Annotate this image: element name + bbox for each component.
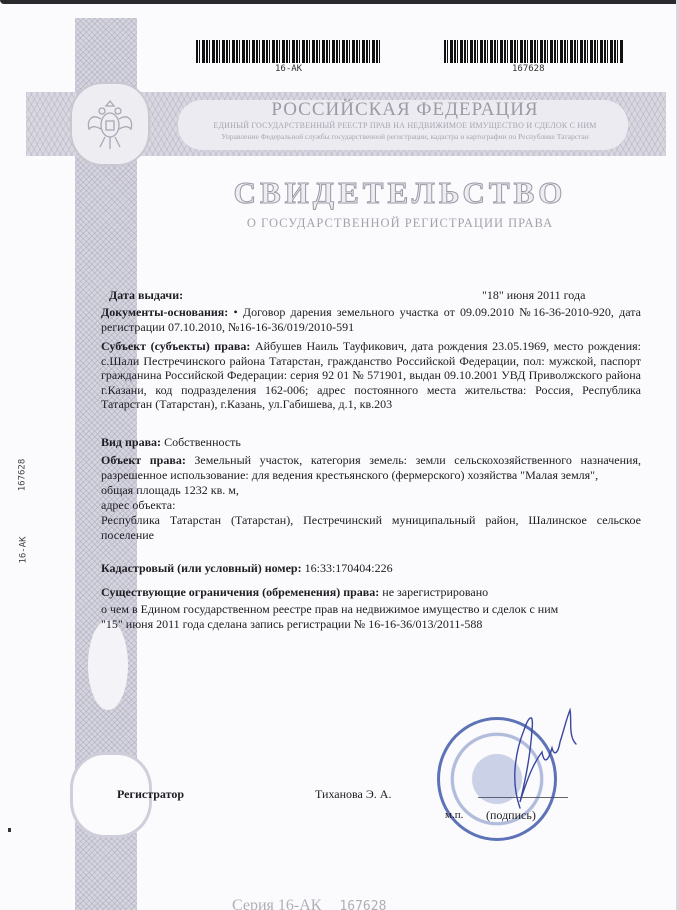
object-address-label: адрес объекта: <box>101 498 641 513</box>
certificate-title: СВИДЕТЕЛЬСТВО <box>180 175 620 211</box>
issue-date-value: "18" июня 2011 года <box>482 288 585 303</box>
registry-name: ЕДИНЫЙ ГОСУДАРСТВЕННЫЙ РЕЕСТР ПРАВ НА НЕ… <box>190 121 620 130</box>
side-number: 167628 <box>17 459 27 492</box>
record-line-1: о чем в Едином государственном реестре п… <box>101 602 641 617</box>
issue-date-row: Дата выдачи: "18" июня 2011 года <box>101 288 641 303</box>
subject-label: Субъект (субъекты) права: <box>101 339 250 353</box>
scan-edge-top <box>0 0 679 4</box>
record-line-2: "15" июня 2011 года сделана запись регис… <box>101 617 641 632</box>
scan-speck <box>8 828 11 832</box>
registrar-name: Тиханова Э. А. <box>315 787 391 802</box>
guilloche-oval <box>88 620 128 710</box>
object-row: Объект права: Земельный участок, категор… <box>101 453 641 482</box>
object-label: Объект права: <box>101 453 186 467</box>
footer-series: Серия 16-АК <box>232 897 321 910</box>
issue-date-label: Дата выдачи: <box>109 288 183 302</box>
authority-name: Управление Федеральной службы государств… <box>190 132 620 141</box>
country-title: РОССИЙСКАЯ ФЕДЕРАЦИЯ <box>190 99 620 121</box>
handwritten-signature-icon <box>490 690 580 830</box>
side-series: 16-AK <box>19 536 29 563</box>
coat-of-arms-emblem <box>70 82 150 166</box>
restrictions-value: не зарегистрировано <box>382 585 488 599</box>
series-barcode <box>196 40 382 63</box>
object-address: Республика Татарстан (Татарстан), Пестре… <box>101 513 641 542</box>
cadastral-row: Кадастровый (или условный) номер: 16:33:… <box>101 561 641 576</box>
number-barcode-label: 167628 <box>512 64 545 74</box>
subject-row: Субъект (субъекты) права: Айбушев Наиль … <box>101 339 641 412</box>
stamp-place-label: м.п. <box>445 808 463 823</box>
cadastral-value: 16:33:170404:226 <box>305 561 393 575</box>
certificate-subtitle: О ГОСУДАРСТВЕННОЙ РЕГИСТРАЦИИ ПРАВА <box>180 216 620 231</box>
right-type-label: Вид права: <box>101 435 161 449</box>
number-barcode <box>444 40 624 63</box>
registrar-role: Регистратор <box>117 787 184 802</box>
basis-label: Документы-основания: <box>101 305 228 319</box>
restrictions-row: Существующие ограничения (обременения) п… <box>101 585 641 600</box>
restrictions-label: Существующие ограничения (обременения) п… <box>101 585 379 599</box>
series-barcode-label: 16-AK <box>275 64 302 74</box>
double-headed-eagle-icon <box>83 95 137 153</box>
object-area: общая площадь 1232 кв. м, <box>101 483 641 498</box>
footer-number: 167628 <box>339 899 386 910</box>
cadastral-label: Кадастровый (или условный) номер: <box>101 561 302 575</box>
footer-serial: Серия 16-АК167628 <box>232 897 386 910</box>
right-type-value: Собственность <box>164 435 241 449</box>
right-type-row: Вид права: Собственность <box>101 435 641 450</box>
basis-row: Документы-основания: • Договор дарения з… <box>101 305 641 334</box>
